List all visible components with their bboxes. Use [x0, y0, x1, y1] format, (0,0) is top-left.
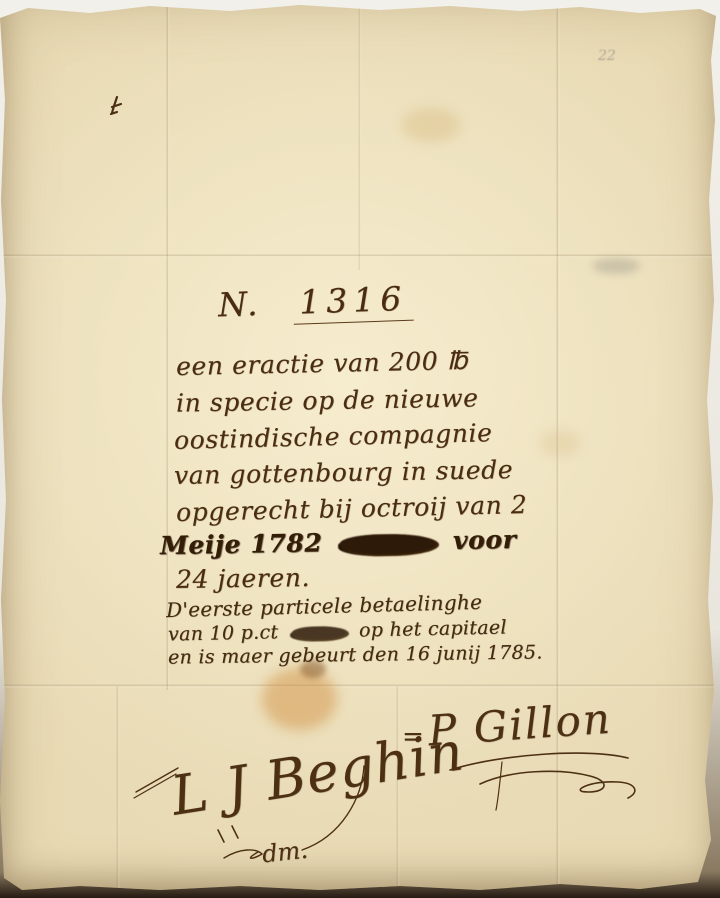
- signature-right-flourish: [440, 752, 640, 802]
- number-prefix: N.: [217, 284, 260, 324]
- grey-smudge: [592, 258, 640, 274]
- body-line-1: een eractie van 200 ℔: [176, 346, 468, 381]
- note-line-2-post: op het capitael: [359, 616, 507, 641]
- number-value: 1316: [293, 279, 414, 325]
- body-line-3: oostindische compagnie: [174, 418, 493, 455]
- pencil-note: 22: [598, 48, 616, 64]
- note-line-2: van 10 p.ct op het capitael: [168, 616, 507, 645]
- rust-stain: [262, 668, 337, 730]
- fold-crease-vertical-lower-left: [116, 686, 120, 898]
- body-line-6-overwritten: Meije 1782 voor: [160, 525, 517, 560]
- body-line-5: opgerecht bij octroij van 2: [176, 490, 528, 527]
- note-line-2-pre: van 10 p.ct: [168, 621, 279, 645]
- paper-sheet: 22 N.1316 een eractie van 200 ℔ in speci…: [0, 0, 720, 898]
- foxing-spot-middle: [540, 430, 580, 456]
- note-line-3: en is maer gebeurt den 16 junij 1785.: [168, 641, 543, 668]
- body-line-7: 24 jaeren.: [176, 563, 310, 594]
- body-line-6-pre: Meije 1782: [160, 528, 323, 560]
- fold-crease-vertical-left: [166, 0, 170, 690]
- fold-crease-horizontal-lower: [0, 684, 720, 688]
- fold-crease-vertical-middle: [358, 0, 362, 270]
- body-line-6-post: voor: [453, 525, 517, 555]
- foxing-spot-top: [402, 108, 460, 142]
- body-line-2: in specie op de nieuwe: [176, 383, 479, 417]
- document-number: N.1316: [217, 279, 413, 325]
- paraph-flourish: [222, 840, 312, 870]
- body-line-4: van gottenbourg in suede: [174, 455, 514, 490]
- scanned-document: 22 N.1316 een eractie van 200 ℔ in speci…: [0, 0, 720, 898]
- ink-overwrite-blot: [339, 533, 435, 555]
- small-ink-mark: [108, 95, 126, 117]
- crossed-out-word-blot: [292, 625, 346, 639]
